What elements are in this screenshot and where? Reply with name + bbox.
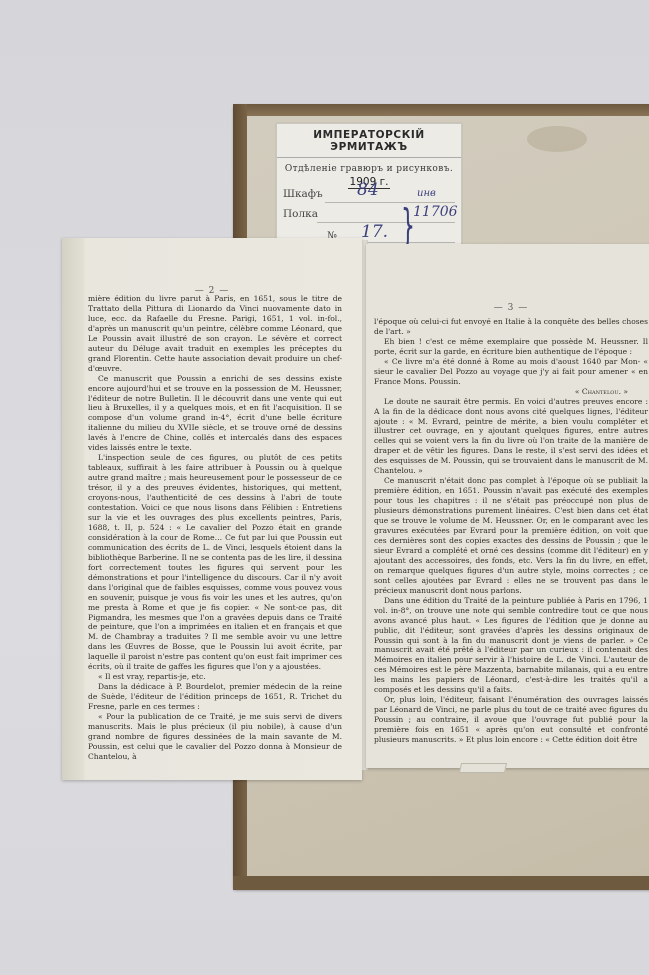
left-page: — 2 — mière édition du livre parut à Par… <box>62 238 362 780</box>
label-shelf: Полка <box>283 208 318 220</box>
stain <box>527 126 587 152</box>
label-cabinet-value: 84 <box>357 180 379 200</box>
signature: « Chantelou. » <box>374 387 648 397</box>
paragraph: Ce manuscrit n'était donc pas complet à … <box>374 476 648 595</box>
page-number-right: — 3 — <box>366 303 649 313</box>
quotation: « Ce livre m'a été donné à Rome au mois … <box>374 357 648 387</box>
paragraph: « Il est vray, repartis-je, etc. <box>88 672 342 682</box>
paper-tear <box>459 763 507 773</box>
paragraph: Ce manuscrit que Poussin a enrichi de se… <box>88 374 342 454</box>
board-edge-top <box>233 104 649 116</box>
right-page-text: l'époque où celui-ci fut envoyé en Itali… <box>374 317 648 745</box>
label-number-value: 17. <box>361 222 388 242</box>
label-cabinet: Шкафъ <box>283 188 323 200</box>
left-page-text: mière édition du livre parut à Paris, en… <box>88 294 342 762</box>
paragraph: « Pour la publication de ce Traité, je m… <box>88 712 342 762</box>
paragraph: L'inspection seule de ces figures, ou pl… <box>88 453 342 672</box>
paragraph: mière édition du livre parut à Paris, en… <box>88 294 342 374</box>
paragraph: Dans la dédicace à P. Bourdelot, premier… <box>88 682 342 712</box>
paragraph: Dans une édition du Traité de la peintur… <box>374 596 648 696</box>
label-institution: ИМПЕРАТОРСКIЙ ЭРМИТАЖЪ <box>277 124 461 158</box>
paragraph: Or, plus loin, l'éditeur, faisant l'énum… <box>374 695 648 745</box>
hermitage-inventory-label: ИМПЕРАТОРСКIЙ ЭРМИТАЖЪ Отдѣленіе гравюръ… <box>276 123 462 249</box>
label-inventory-abbrev: инв <box>417 188 436 199</box>
paragraph: l'époque où celui-ci fut envoyé en Itali… <box>374 317 648 337</box>
paragraph: Eh bien ! c'est ce même exemplaire que p… <box>374 337 648 357</box>
board-edge-bottom <box>233 876 649 890</box>
label-inventory-number: 11706 <box>413 204 458 220</box>
paragraph: Le doute ne saurait être permis. En voic… <box>374 397 648 477</box>
label-rule <box>325 202 455 203</box>
right-page: — 3 — l'époque où celui-ci fut envoyé en… <box>366 244 649 768</box>
label-department: Отдѣленіе гравюръ и рисунковъ. <box>277 164 461 174</box>
